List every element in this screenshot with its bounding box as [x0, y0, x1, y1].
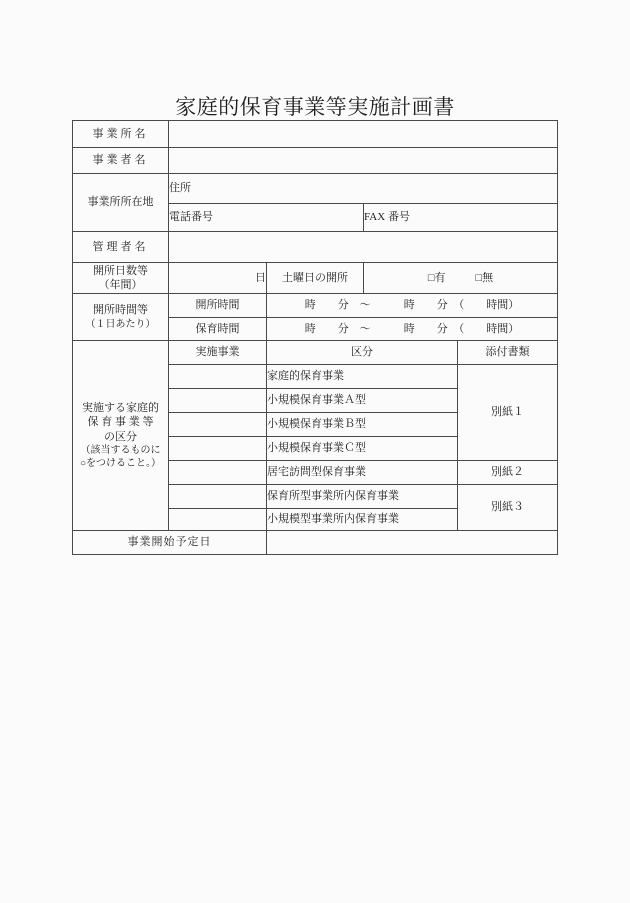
business-label-note-line1: （該当するものに	[73, 444, 168, 457]
checkbox-option-has: □有	[428, 272, 446, 284]
page-title: 家庭的保育事業等実施計画書	[0, 91, 630, 121]
implementation-cell	[169, 437, 267, 461]
implementation-cell	[169, 461, 267, 485]
plan-form-table: 事業所名 事業者名 事業所所在地 住所 電話番号 FAX 番号 管理者名 開所日…	[72, 120, 558, 555]
start-date-label: 事業開始予定日	[73, 531, 267, 555]
operator-name-label: 事業者名	[73, 148, 169, 174]
fax-field: FAX 番号	[364, 204, 558, 232]
category-cell: 小規模保育事業Ｃ型	[267, 437, 458, 461]
implementation-cell	[169, 365, 267, 389]
business-label-line1: 実施する家庭的	[73, 401, 168, 416]
open-days-label-line1: 開所日数等	[73, 264, 168, 278]
start-date-value	[267, 531, 558, 555]
open-days-unit: 日	[169, 263, 267, 294]
opening-time-label: 開所時間	[169, 294, 267, 318]
attachment-cell: 別紙２	[458, 461, 558, 485]
manager-name-label: 管理者名	[73, 232, 169, 263]
category-cell: 居宅訪問型保育事業	[267, 461, 458, 485]
open-hours-label-line1: 開所時間等	[73, 303, 168, 317]
category-column-header: 区分	[267, 341, 458, 365]
category-cell: 小規模保育事業Ｂ型	[267, 413, 458, 437]
childcare-time-value: 時 分 ～ 時 分 （ 時間）	[267, 318, 558, 341]
business-label-line2: 保 育 事 業 等	[73, 415, 168, 430]
attachment-cell: 別紙１	[458, 365, 558, 461]
attachment-cell: 別紙３	[458, 485, 558, 531]
implementation-column-header: 実施事業	[169, 341, 267, 365]
attachment-column-header: 添付書類	[458, 341, 558, 365]
checkbox-option-none: □無	[476, 272, 494, 284]
childcare-time-label: 保育時間	[169, 318, 267, 341]
business-label-note-line2: ○をつけること。）	[73, 457, 168, 470]
document-page: 家庭的保育事業等実施計画書 事業所名 事業者名 事業所所在地 住所 電話番号 F…	[0, 0, 630, 903]
business-types-section-label: 実施する家庭的 保 育 事 業 等 の区分 （該当するものに ○をつけること。）	[73, 341, 169, 531]
category-cell: 保育所型事業所内保育事業	[267, 485, 458, 509]
category-cell: 小規模保育事業Ａ型	[267, 389, 458, 413]
operator-name-value	[169, 148, 558, 174]
category-cell: 家庭的保育事業	[267, 365, 458, 389]
category-cell: 小規模型事業所内保育事業	[267, 509, 458, 531]
manager-name-value	[169, 232, 558, 263]
open-days-label-line2: （年間）	[73, 278, 168, 292]
implementation-cell	[169, 509, 267, 531]
office-location-label: 事業所所在地	[73, 174, 169, 232]
open-hours-label: 開所時間等 （１日あたり）	[73, 294, 169, 341]
office-name-value	[169, 121, 558, 148]
saturday-open-label: 土曜日の開所	[267, 263, 364, 294]
business-label-line3: の区分	[73, 430, 168, 445]
open-hours-label-line2: （１日あたり）	[73, 318, 168, 331]
opening-time-value: 時 分 ～ 時 分 （ 時間）	[267, 294, 558, 318]
office-name-label: 事業所名	[73, 121, 169, 148]
implementation-cell	[169, 389, 267, 413]
saturday-open-options: □有□無	[364, 263, 558, 294]
implementation-cell	[169, 485, 267, 509]
address-field: 住所	[169, 174, 558, 204]
open-days-label: 開所日数等 （年間）	[73, 263, 169, 294]
phone-field: 電話番号	[169, 204, 364, 232]
implementation-cell	[169, 413, 267, 437]
